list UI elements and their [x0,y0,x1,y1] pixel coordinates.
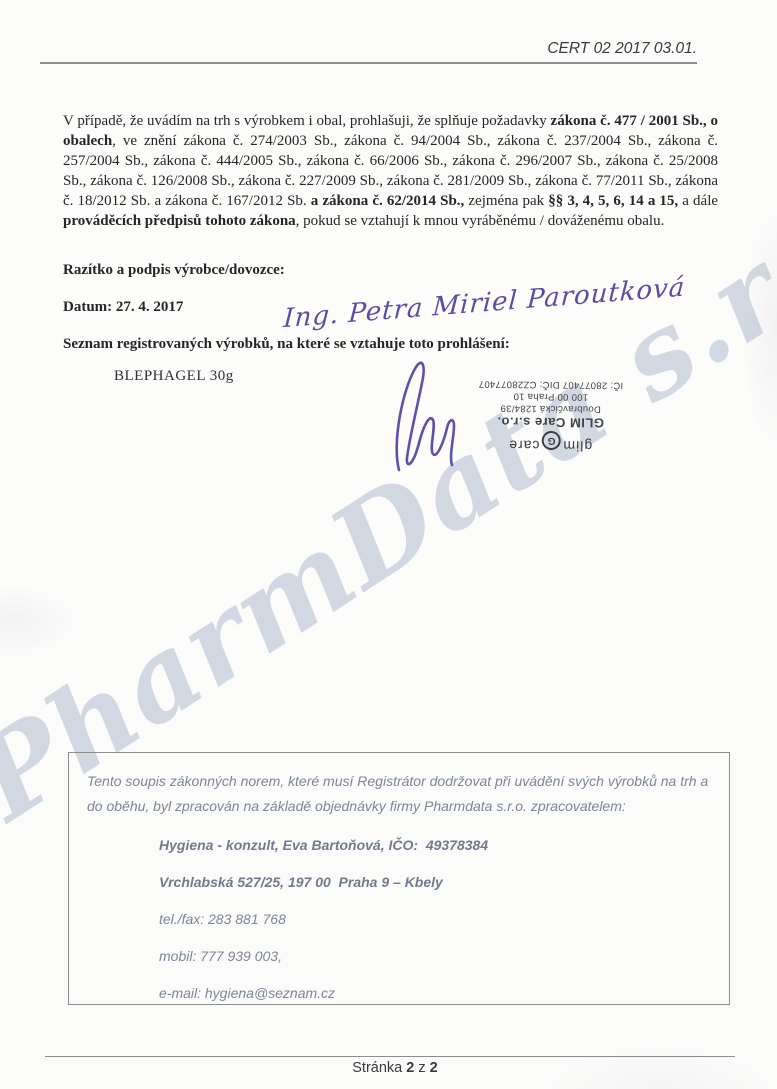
contact-name: Hygiena - konzult, Eva Bartoňová, IČO: 4… [159,835,711,856]
contact-phone: tel./fax: 283 881 768 [159,909,711,930]
stamp-logo-line: glimGcare [448,430,653,455]
page-number-separator: z [414,1060,429,1076]
date-line: Datum: 27. 4. 2017 [63,299,183,316]
stamp-logo-right: care [508,438,539,454]
stamp-signature-heading: Razítko a podpis výrobce/dovozce: [63,262,285,279]
declaration-paragraph: V případě, že uvádím na trh s výrobkem i… [63,111,718,231]
declaration-bold-run: a zákona č. 62/2014 Sb., [311,193,465,209]
declaration-text-run: a dále [678,193,718,209]
company-stamp: glimGcare GLIM Care s.r.o. Doubravčická … [448,377,654,455]
stamp-company-name: GLIM Care s.r.o. [448,414,653,431]
contact-address: Vrchlabská 527/25, 197 00 Praha 9 – Kbel… [159,872,711,893]
info-box-intro: Tento soupis zákonných norem, které musí… [87,769,711,819]
page-number: Stránka 2 z 2 [18,1060,772,1076]
stamp-city: 100 00 Praha 10 [448,389,653,403]
page-number-total: 2 [430,1060,438,1076]
document-reference: CERT 02 2017 03.01. [440,40,697,58]
handwritten-signatory-name: Ing. Petra Miriel Paroutková [283,276,644,334]
contact-mobile: mobil: 777 939 003, [159,946,711,967]
declaration-bold-run: prováděcích předpisů tohoto zákona [63,213,296,229]
stamp-street: Doubravčická 1284/39 [448,401,653,415]
contact-email: e-mail: hygiena@seznam.cz [159,983,711,1004]
glim-logo-icon: G [541,431,560,450]
processor-info-box: Tento soupis zákonných norem, které musí… [68,752,730,1005]
page-number-prefix: Stránka [352,1060,406,1076]
product-name: BLEPHAGEL 30g [114,368,234,385]
scanned-document-page: PharmData s.r.o. CERT 02 2017 03.01. V p… [0,0,777,1089]
declaration-text-run: V případě, že uvádím na trh s výrobkem i… [63,113,551,129]
declaration-text-run: , pokud se vztahují k mnou vyráběnému / … [296,213,665,229]
declaration-text-run: zejména pak [464,193,548,209]
stamp-logo-left: glim [562,438,592,454]
header-divider [40,62,697,64]
stamp-ids: IČ: 28077407 DIČ: CZ28077407 [448,377,653,391]
registered-products-heading: Seznam registrovaných výrobků, na které … [63,336,510,353]
declaration-bold-run: §§ 3, 4, 5, 6, 14 a 15, [548,193,678,209]
footer-divider [45,1056,735,1057]
